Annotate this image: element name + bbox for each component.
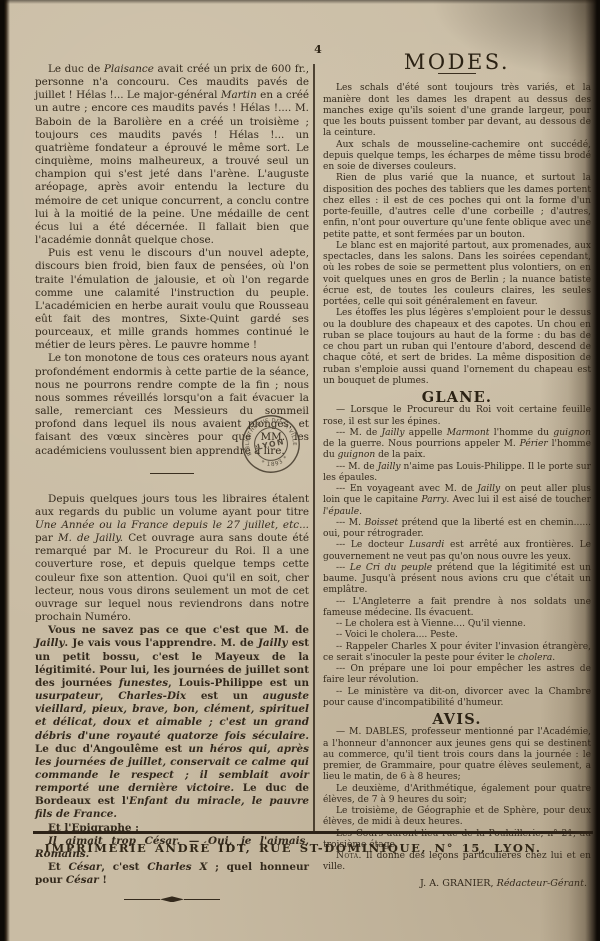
scan-left-edge (0, 0, 10, 941)
body-text: Puis est venu le discours d'un nouvel ad… (35, 247, 309, 351)
body-text: Les étoffes les plus légères s'emploient… (323, 308, 591, 386)
body-text: — Lorsque le Procureur du Roi voit certa… (323, 405, 591, 426)
paragraph: --- Le docteur Lusardi est arrêté aux fr… (323, 540, 591, 563)
library-stamp: BIBLIOTHÈQUE DE LA VILLE * 1893 * LYON (221, 394, 321, 494)
body-text: . Avec lui il est aisé de toucher (446, 495, 591, 505)
body-text: -- Le ministère va dit-on, divorcer avec… (323, 687, 591, 708)
body-text: --- L'Angleterre a fait prendre à nos so… (323, 597, 591, 618)
ornament-diamond (160, 896, 184, 902)
right-column: MODES.Les schals d'été sont toujours trè… (323, 57, 591, 889)
paragraph: Les étoffes les plus légères s'emploient… (323, 308, 591, 387)
body-text: Aux schals de mousseline-cachemire ont s… (323, 140, 591, 173)
body-text: Et (48, 861, 68, 873)
body-text: ! (99, 874, 107, 886)
body-text: --- M. de (336, 428, 382, 438)
italic-text: César (66, 874, 99, 886)
paragraph: Puis est venu le discours d'un nouvel ad… (35, 247, 309, 352)
paragraph: Rien de plus varié que la nuance, et sur… (323, 173, 591, 241)
body-text: Le blanc est en majorité partout, aux pr… (323, 241, 591, 307)
body-text: est un (186, 690, 263, 702)
body-text: --- On prépare une loi pour empêcher les… (323, 664, 591, 685)
paragraph: Aux schals de mousseline-cachemire ont s… (323, 140, 591, 174)
body-text: Depuis quelques jours tous les libraires… (35, 493, 309, 518)
paragraph: Le troisième, de Géographie et de Sphère… (323, 806, 591, 829)
italic-text: Jailly (382, 428, 405, 438)
body-text: Le troisième, de Géographie et de Sphère… (323, 806, 591, 827)
body-text: appelle (404, 428, 446, 438)
scanned-newspaper-page: 4 Le duc de Plaisance avait créé un prix… (0, 0, 600, 941)
paragraph: --- En voyageant avec M. de Jailly on pe… (323, 484, 591, 518)
ornament-line (124, 899, 160, 900)
body-text: --- Le docteur (336, 540, 409, 550)
body-text: de la guerre. Nous pourrions appeler M. (323, 439, 520, 449)
section-heading: GLANE. (323, 392, 591, 403)
body-text: Cet ouvrage aura sans doute été remarqué… (35, 532, 309, 623)
italic-text: Martin (221, 89, 257, 101)
body-text: , (100, 690, 118, 702)
paragraph: --- On prépare une loi pour empêcher les… (323, 664, 591, 687)
italic-text: guignon (553, 428, 591, 438)
body-text: de la paix. (375, 450, 425, 460)
body-text: . Je vais vous l'apprendre. M. de (65, 637, 258, 649)
italic-text: M. de Jailly. (58, 532, 123, 544)
italic-text: Le Cri du peuple (350, 563, 432, 573)
paragraph: -- Voici le cholera.... Peste. (323, 630, 591, 641)
body-text: , Louis-Philippe est un (168, 677, 309, 689)
italic-text: Boisset (365, 518, 398, 528)
body-text: , c'est (101, 861, 147, 873)
body-text: Rien de plus varié que la nuance, et sur… (323, 173, 591, 239)
paragraph: Le blanc est en majorité partout, aux pr… (323, 241, 591, 309)
paragraph: — M. DABLES, professeur mentionné par l'… (323, 727, 591, 783)
body-text: --- M. de (336, 462, 378, 472)
stamp-city-text: LYON (256, 437, 285, 452)
paragraph: --- M. de Jailly appelle Marmont l'homme… (323, 428, 591, 462)
body-text: Le deuxième, d'Arithmétique, également p… (323, 784, 591, 805)
ornament-rule (124, 896, 220, 902)
ornament-line (184, 899, 220, 900)
body-text: Les schals d'été sont toujours très vari… (323, 83, 591, 138)
paragraph: Le duc de Plaisance avait créé un prix d… (35, 63, 309, 247)
body-text: — M. DABLES, professeur mentionné par l'… (323, 727, 591, 782)
page-number: 4 (300, 43, 336, 56)
italic-text: Marmont (447, 428, 490, 438)
italic-text: funestes (119, 677, 168, 689)
paragraph: --- M. de Jailly n'aime pas Louis-Philip… (323, 462, 591, 485)
signature-line: J. A. GRANIER, Rédacteur-Gérant. (323, 878, 591, 889)
imprint-line: IMPRIMERIE ANDRÉ IDT, RUE ST-DOMINIQUE, … (0, 841, 586, 855)
italic-text: cholera. (518, 653, 555, 663)
body-text: --- En voyageant avec M. de (336, 484, 477, 494)
italic-text: Lusardi (409, 540, 444, 550)
italic-text: Jailly (378, 462, 401, 472)
paragraph: --- Le Cri du peuple prétend que la légi… (323, 563, 591, 597)
italic-text: Rédacteur-Gérant. (497, 878, 587, 889)
body-text: -- Le cholera est à Vienne.... Qu'il vie… (336, 619, 526, 629)
italic-text: Jailly (258, 637, 288, 649)
paragraph: -- Le cholera est à Vienne.... Qu'il vie… (323, 619, 591, 630)
italic-text: l'épaule. (323, 507, 362, 517)
body-text: en a créé un autre ; encore ces maudits … (35, 89, 309, 246)
italic-text: Une Année ou la France depuis le 27 juil… (35, 519, 309, 531)
paragraph: Les schals d'été sont toujours très vari… (323, 83, 591, 139)
italic-text: Périer (520, 439, 548, 449)
body-text: par (35, 532, 58, 544)
italic-text: Jailly (35, 637, 65, 649)
body-text: Vous ne savez pas ce que c'est que M. de (48, 624, 309, 636)
paragraph: Et César, c'est Charles X ; quel honneur… (35, 861, 309, 887)
body-text: --- (336, 563, 350, 573)
paragraph: Le deuxième, d'Arithmétique, également p… (323, 784, 591, 807)
italic-text: Charles X (147, 861, 207, 873)
paragraph: --- M. Boisset prétend que la liberté es… (323, 518, 591, 541)
body-text: --- M. (336, 518, 365, 528)
italic-text: César (68, 861, 101, 873)
scan-top-edge (0, 0, 600, 4)
paragraph: Vous ne savez pas ce que c'est que M. de… (35, 624, 309, 821)
body-text: Le duc d'Angoulême est (35, 743, 188, 755)
divider-rule (150, 473, 194, 474)
italic-text: Parry (421, 495, 446, 505)
italic-text: guignon (338, 450, 376, 460)
paragraph: -- Rappeler Charles X pour éviter l'inva… (323, 642, 591, 665)
body-text: J. A. GRANIER, (420, 878, 497, 889)
body-text: Le duc de (48, 63, 104, 75)
section-heading: MODES. (323, 57, 591, 68)
italic-text: Jailly (477, 484, 500, 494)
paragraph: Depuis quelques jours tous les libraires… (35, 493, 309, 625)
footer-rule (33, 831, 593, 834)
paragraph: --- L'Angleterre a fait prendre à nos so… (323, 597, 591, 620)
paragraph: — Lorsque le Procureur du Roi voit certa… (323, 405, 591, 428)
italic-text: usurpateur (35, 690, 100, 702)
body-text: -- Voici le cholera.... Peste. (336, 630, 458, 640)
paragraph: -- Le ministère va dit-on, divorcer avec… (323, 687, 591, 710)
stamp-arc-text: BIBLIOTHÈQUE DE LA VILLE (240, 413, 298, 457)
body-text: l'homme du (489, 428, 553, 438)
italic-text: Plaisance (104, 63, 154, 75)
italic-text: Charles-Dix (118, 690, 186, 702)
section-heading: AVIS. (323, 714, 591, 725)
